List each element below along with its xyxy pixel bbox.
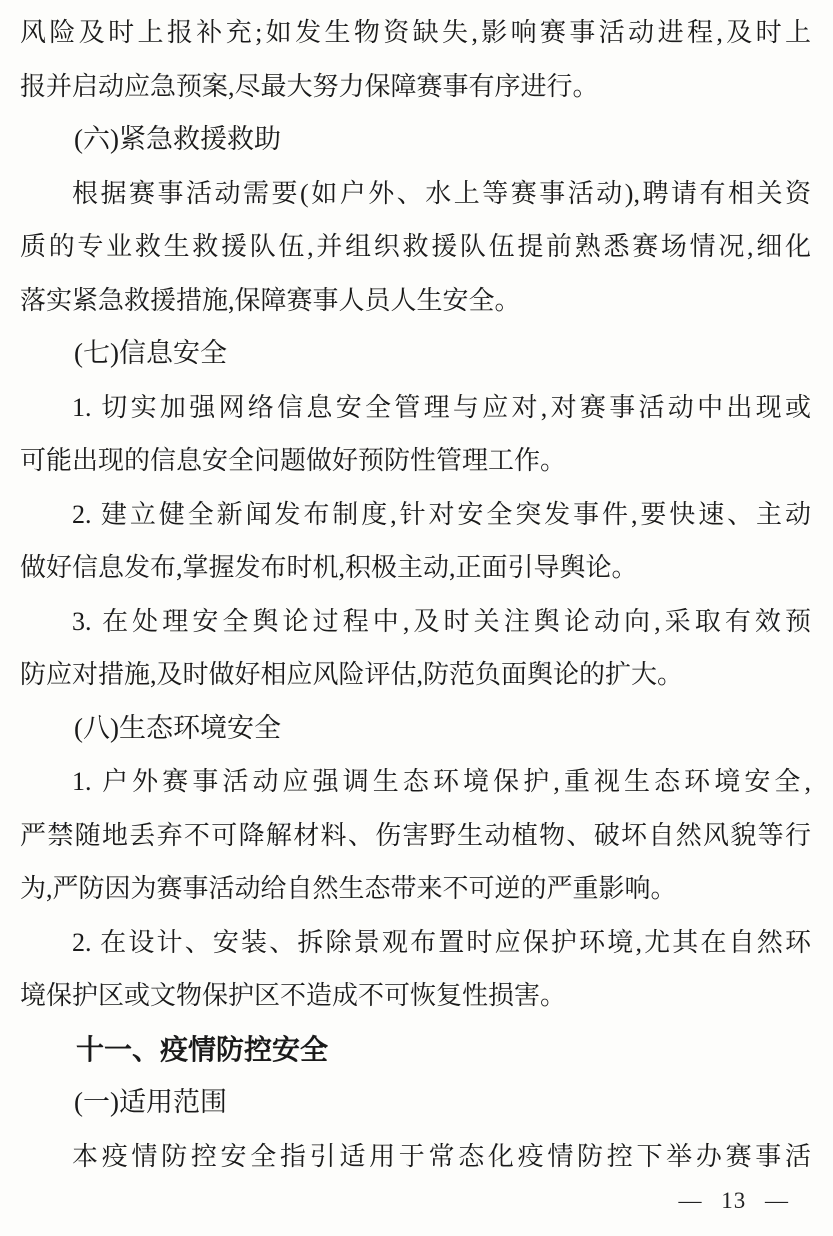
body-text-line: 3. 在处理安全舆论过程中,及时关注舆论动向,采取有效预 — [20, 595, 811, 649]
body-text-line: 本疫情防控安全指引适用于常态化疫情防控下举办赛事活 — [20, 1130, 811, 1184]
body-text-line: 境保护区或文物保护区不造成不可恢复性损害。 — [20, 969, 811, 1023]
body-text-line: 可能出现的信息安全问题做好预防性管理工作。 — [20, 434, 811, 488]
page-number: — 13 — — [679, 1186, 790, 1216]
body-text-line: 1. 切实加强网络信息安全管理与应对,对赛事活动中出现或 — [20, 381, 811, 435]
document-page: 风险及时上报补充;如发生物资缺失,影响赛事活动进程,及时上 报并启动应急预案,尽… — [0, 0, 833, 1236]
body-text-line: 严禁随地丢弃不可降解材料、伤害野生动植物、破坏自然风貌等行 — [20, 809, 811, 863]
body-text-line: 根据赛事活动需要(如户外、水上等赛事活动),聘请有相关资 — [20, 167, 811, 221]
body-text-line: 防应对措施,及时做好相应风险评估,防范负面舆论的扩大。 — [20, 648, 811, 702]
section-heading-scope: (一)适用范围 — [20, 1076, 811, 1130]
body-text-line: 质的专业救生救援队伍,并组织救援队伍提前熟悉赛场情况,细化 — [20, 220, 811, 274]
body-text-line: 2. 建立健全新闻发布制度,针对安全突发事件,要快速、主动 — [20, 488, 811, 542]
section-heading-ecological-safety: (八)生态环境安全 — [20, 702, 811, 756]
body-text-line: 1. 户外赛事活动应强调生态环境保护,重视生态环境安全, — [20, 755, 811, 809]
section-heading-information-security: (七)信息安全 — [20, 327, 811, 381]
body-text-line: 落实紧急救援措施,保障赛事人员人生安全。 — [20, 274, 811, 328]
section-heading-emergency-rescue: (六)紧急救援救助 — [20, 113, 811, 167]
document-body: 风险及时上报补充;如发生物资缺失,影响赛事活动进程,及时上 报并启动应急预案,尽… — [20, 6, 811, 1183]
body-text-line: 2. 在设计、安装、拆除景观布置时应保护环境,尤其在自然环 — [20, 916, 811, 970]
chapter-heading-epidemic-prevention: 十一、疫情防控安全 — [20, 1023, 811, 1077]
body-text-line: 风险及时上报补充;如发生物资缺失,影响赛事活动进程,及时上 — [20, 6, 811, 60]
body-text-line: 为,严防因为赛事活动给自然生态带来不可逆的严重影响。 — [20, 862, 811, 916]
body-text-line: 做好信息发布,掌握发布时机,积极主动,正面引导舆论。 — [20, 541, 811, 595]
body-text-line: 报并启动应急预案,尽最大努力保障赛事有序进行。 — [20, 60, 811, 114]
